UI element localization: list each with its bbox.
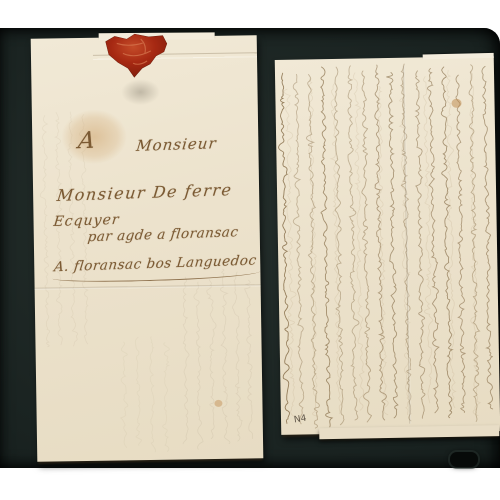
handwriting-stroke [305,74,320,428]
handwriting-stroke [482,66,494,409]
handwriting-stroke [291,74,305,424]
handwriting-stroke [207,280,218,439]
handwriting-stroke [134,337,141,445]
handwriting-stroke [440,67,454,418]
handwriting-stroke [39,115,51,346]
handwriting-stroke [373,65,387,420]
address-line-title: Ecquyer [53,212,121,230]
handwriting-stroke [468,65,481,422]
handwriting-stroke [414,71,427,418]
handwriting-stroke [307,78,319,416]
handwriting-stroke [232,272,243,441]
handwriting-stroke [454,75,466,412]
fold-crease-vertical [403,66,411,424]
foxing-spot [451,99,461,108]
handwriting-stroke [277,73,291,423]
handwriting-stroke [427,68,440,412]
handwriting-stroke [332,67,345,425]
manuscript-letter-page: N4 [275,56,500,435]
paper-edge-sliver [423,53,494,60]
mat-corner-notch [450,452,478,467]
handwriting-stroke [420,77,434,403]
handwriting-stroke [386,72,399,418]
handwriting-stroke [346,66,361,420]
handwriting-stroke [466,71,480,415]
handwriting-stroke [444,70,458,407]
handwriting-stroke [318,67,332,427]
handwriting-stroke [358,71,373,422]
handwriting-stroke [245,280,254,438]
handwriting-stroke [377,86,388,414]
handwriting-stroke [353,73,365,410]
handwriting-stroke [283,89,298,416]
address-line-monsieur: Monsieur [135,134,217,155]
fold-crease-middle [35,284,261,290]
folded-letter-address-side: A Monsieur Monsieur De ferre Ecquyer par… [31,35,264,461]
handwriting-stroke [161,343,171,452]
handwriting-stroke [120,342,129,448]
cursive-handwriting-lines [275,56,500,435]
handwriting-stroke [220,269,230,443]
pencil-inventory-mark: N4 [293,414,307,426]
address-line-recipient: Monsieur De ferre [56,180,234,205]
handwriting-stroke [330,84,342,414]
handwriting-stroke [194,282,204,449]
handwriting-stroke [149,337,155,452]
red-wax-seal [103,33,170,84]
address-flourish-initial: A [77,128,96,155]
foxing-spot [214,400,222,407]
handwriting-stroke [180,277,190,444]
